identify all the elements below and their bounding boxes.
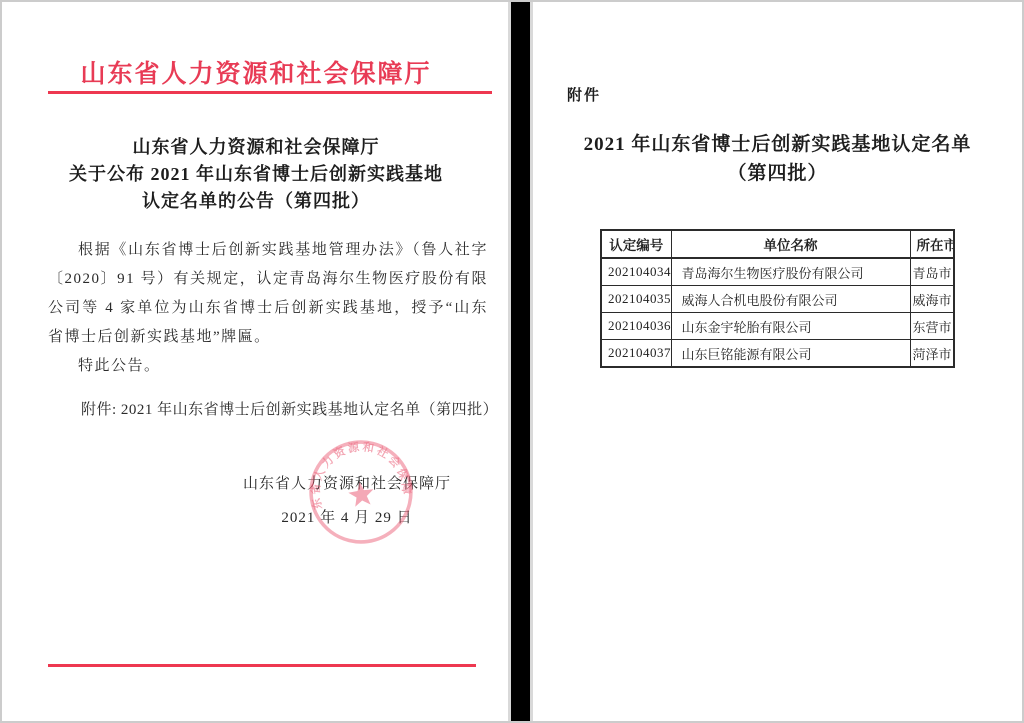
scanned-document-view: 山东省人力资源和社会保障厅 山东省人力资源和社会保障厅 关于公布 2021 年山…: [0, 0, 1024, 723]
document-title-line-1: 山东省人力资源和社会保障厅: [2, 134, 510, 161]
document-title-line-2: 关于公布 2021 年山东省博士后创新实践基地: [2, 161, 510, 188]
col-header-name: 单位名称: [671, 230, 910, 258]
cell-id: 202104037: [601, 340, 671, 368]
body-paragraph-2: 特此公告。: [48, 352, 488, 381]
document-body: 根据《山东省博士后创新实践基地管理办法》（鲁人社字〔2020〕91 号）有关规定…: [48, 236, 488, 381]
attachment-page: 附件 2021 年山东省博士后创新实践基地认定名单 （第四批） 认定编号 单位名…: [533, 2, 1022, 721]
seal-star-icon: [347, 480, 375, 507]
document-title-line-3: 认定名单的公告（第四批）: [2, 188, 510, 215]
cell-city: 青岛市: [910, 258, 954, 286]
attachment-title-line-2: （第四批）: [533, 159, 1022, 188]
cell-id: 202104035: [601, 286, 671, 313]
announcement-page: 山东省人力资源和社会保障厅 山东省人力资源和社会保障厅 关于公布 2021 年山…: [2, 2, 510, 721]
official-seal-stamp: 山东省人力资源和社会保障厅: [300, 431, 422, 553]
cell-name: 山东金宇轮胎有限公司: [671, 313, 910, 340]
attachment-reference: 附件: 2021 年山东省博士后创新实践基地认定名单（第四批）: [48, 398, 493, 419]
col-header-city: 所在市: [910, 230, 954, 258]
page-divider: [508, 2, 533, 721]
cell-name: 山东巨铭能源有限公司: [671, 340, 910, 368]
attachment-title: 2021 年山东省博士后创新实践基地认定名单 （第四批）: [533, 130, 1022, 188]
document-title: 山东省人力资源和社会保障厅 关于公布 2021 年山东省博士后创新实践基地 认定…: [2, 134, 510, 215]
base-list-table: 认定编号 单位名称 所在市 202104034 青岛海尔生物医疗股份有限公司 青…: [600, 229, 955, 368]
table-row: 202104037 山东巨铭能源有限公司 菏泽市: [601, 340, 954, 368]
agency-masthead: 山东省人力资源和社会保障厅: [2, 54, 510, 90]
col-header-id: 认定编号: [601, 230, 671, 258]
attachment-title-line-1: 2021 年山东省博士后创新实践基地认定名单: [533, 130, 1022, 159]
masthead-rule: [48, 91, 492, 94]
cell-city: 菏泽市: [910, 340, 954, 368]
body-paragraph-1: 根据《山东省博士后创新实践基地管理办法》（鲁人社字〔2020〕91 号）有关规定…: [48, 236, 488, 352]
table-header-row: 认定编号 单位名称 所在市: [601, 230, 954, 258]
attachment-label: 附件: [567, 84, 601, 105]
cell-city: 威海市: [910, 286, 954, 313]
table-row: 202104034 青岛海尔生物医疗股份有限公司 青岛市: [601, 258, 954, 286]
cell-name: 青岛海尔生物医疗股份有限公司: [671, 258, 910, 286]
cell-city: 东营市: [910, 313, 954, 340]
table-row: 202104035 威海人合机电股份有限公司 威海市: [601, 286, 954, 313]
footer-rule: [48, 664, 476, 667]
cell-name: 威海人合机电股份有限公司: [671, 286, 910, 313]
cell-id: 202104034: [601, 258, 671, 286]
table-row: 202104036 山东金宇轮胎有限公司 东营市: [601, 313, 954, 340]
cell-id: 202104036: [601, 313, 671, 340]
